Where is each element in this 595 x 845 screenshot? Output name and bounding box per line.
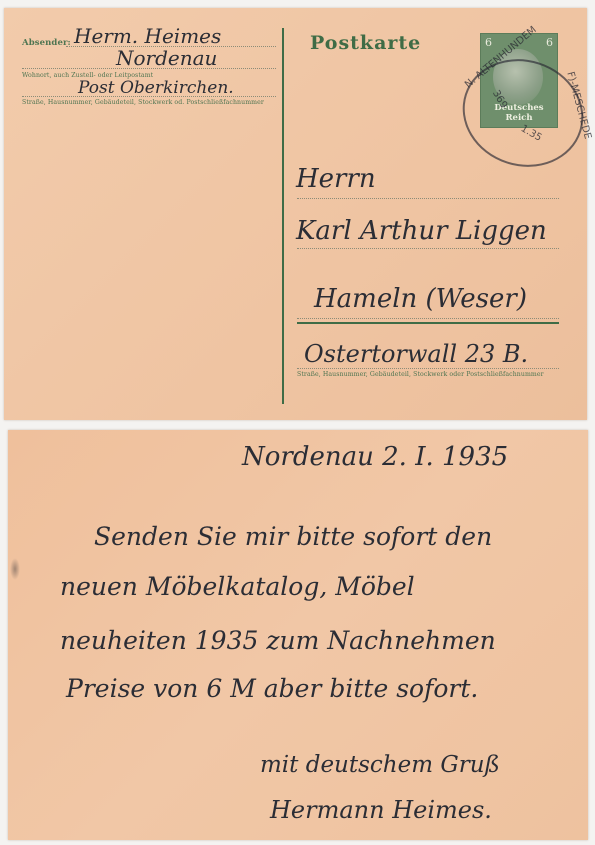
sender-label: Absender: — [22, 38, 71, 48]
recipient-salutation: Herrn — [296, 164, 376, 194]
recipient-line-3 — [297, 318, 559, 319]
sender-name: Herm. Heimes — [74, 24, 221, 48]
message-line-4: Preise von 6 M aber bitte sofort. — [66, 674, 478, 703]
postcard-front: Absender: Herm. Heimes Nordenau Wohnort,… — [4, 8, 587, 420]
recipient-street-label: Straße, Hausnummer, Gebäudeteil, Stockwe… — [297, 371, 544, 378]
message-dateline: Nordenau 2. I. 1935 — [242, 442, 508, 472]
sender-place: Nordenau — [116, 46, 217, 70]
stamp-value-left: 6 — [485, 36, 492, 49]
recipient-line-1 — [297, 198, 559, 199]
card-divider — [282, 28, 284, 404]
margin-smudge — [10, 558, 20, 580]
message-signature: Hermann Heimes. — [270, 796, 492, 824]
sender-line-3 — [22, 96, 276, 97]
sender-post: Post Oberkirchen. — [78, 78, 234, 98]
city-underline — [297, 322, 559, 324]
message-line-1: Senden Sie mir bitte sofort den — [94, 522, 492, 551]
recipient-street: Ostertorwall 23 B. — [304, 340, 528, 368]
recipient-line-4 — [297, 368, 559, 369]
postmark-ring — [449, 44, 595, 183]
recipient-name: Karl Arthur Liggen — [296, 216, 547, 246]
stamp-value-right: 6 — [546, 36, 553, 49]
message-closing: mit deutschem Gruß — [260, 752, 500, 778]
postcard-back: Nordenau 2. I. 1935 Senden Sie mir bitte… — [8, 430, 588, 840]
recipient-city: Hameln (Weser) — [314, 284, 527, 314]
sender-street-label: Straße, Hausnummer, Gebäudeteil, Stockwe… — [22, 99, 264, 106]
recipient-line-2 — [297, 248, 559, 249]
card-title: Postkarte — [310, 32, 421, 54]
message-line-2: neuen Möbelkatalog, Möbel — [60, 572, 415, 601]
message-line-3: neuheiten 1935 zum Nachnehmen — [60, 626, 496, 655]
